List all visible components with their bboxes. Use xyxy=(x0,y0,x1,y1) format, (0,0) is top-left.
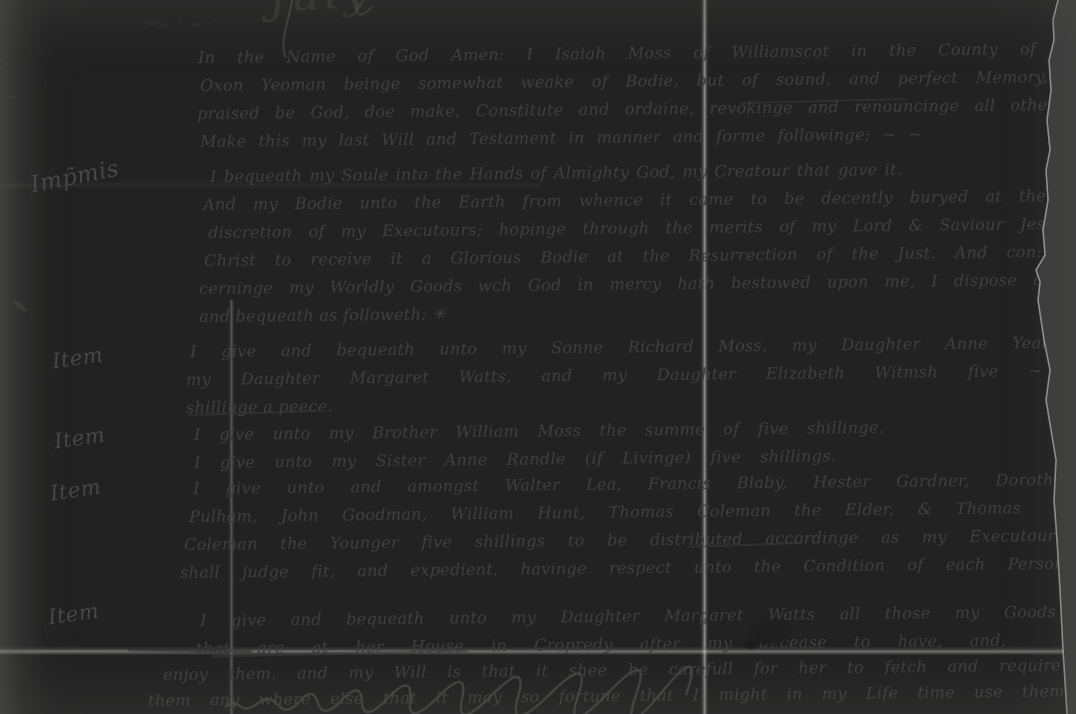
will-text-line: Pulham, John Goodman, William Hunt, Thom… xyxy=(189,497,1021,528)
will-text-line: And my Bodie unto the Earth from whence … xyxy=(203,185,1046,216)
margin-note-item-4: Item xyxy=(47,599,101,630)
will-text-line: Christ to receive it a Glorious Bodie at… xyxy=(204,241,1042,272)
margin-note-item-1: Item xyxy=(51,343,105,374)
will-text-line: them any where else that it may so fortu… xyxy=(148,680,1070,712)
will-text-line: I give unto my Sister Anne Randle (if Li… xyxy=(194,445,836,474)
will-text-line: I bequeath my Soule into the Hands of Al… xyxy=(210,159,902,188)
left-edge-specks xyxy=(4,63,28,314)
will-text-line: praised be God, doe make, Constitute and… xyxy=(197,94,1059,125)
will-text-line: I give unto my Brother William Moss the … xyxy=(194,417,884,446)
will-text-line: and bequeath as followeth: ✳ xyxy=(199,303,446,328)
margin-note-item-2: Item xyxy=(53,423,107,454)
margin-note-imprimis: Imp̃mis xyxy=(28,156,121,199)
will-manuscript-page: July Imp̃mis Item Item Item Item In the … xyxy=(0,0,1076,714)
will-text-line: Make this my last Will and Testament in … xyxy=(200,123,922,153)
will-text-line: In the Name of God Amen: I Isaiah Moss o… xyxy=(198,38,1036,69)
will-text-line: that are at her House in Cropredy after … xyxy=(196,630,1006,660)
will-text-line: I give unto and amongst Walter Lea, Fran… xyxy=(193,469,1063,500)
will-text-line: I give and bequeath unto my Daughter Mar… xyxy=(200,601,1056,632)
will-text-line: cerninge my Worldly Goods wch God in mer… xyxy=(199,269,1054,300)
margin-note-item-3: Item xyxy=(49,475,103,506)
top-inscription-fragment: July xyxy=(266,0,374,24)
will-text-line: I give and bequeath unto my Sonne Richar… xyxy=(190,332,1062,363)
ink-smudge-top xyxy=(145,20,212,27)
will-text-line: Oxon Yeoman beinge somewhat weake of Bod… xyxy=(200,66,1048,97)
will-text-line: shall judge fit, and expedient, havinge … xyxy=(180,553,1070,584)
will-text-line: shillinge a peece. xyxy=(186,395,333,419)
will-text-line: my Daughter Margaret Watts, and my Daugh… xyxy=(186,360,1042,391)
will-text-line: Coleman the Younger five shillings to be… xyxy=(184,525,1064,556)
will-text-line: discretion of my Executours; hopinge thr… xyxy=(208,213,1064,244)
